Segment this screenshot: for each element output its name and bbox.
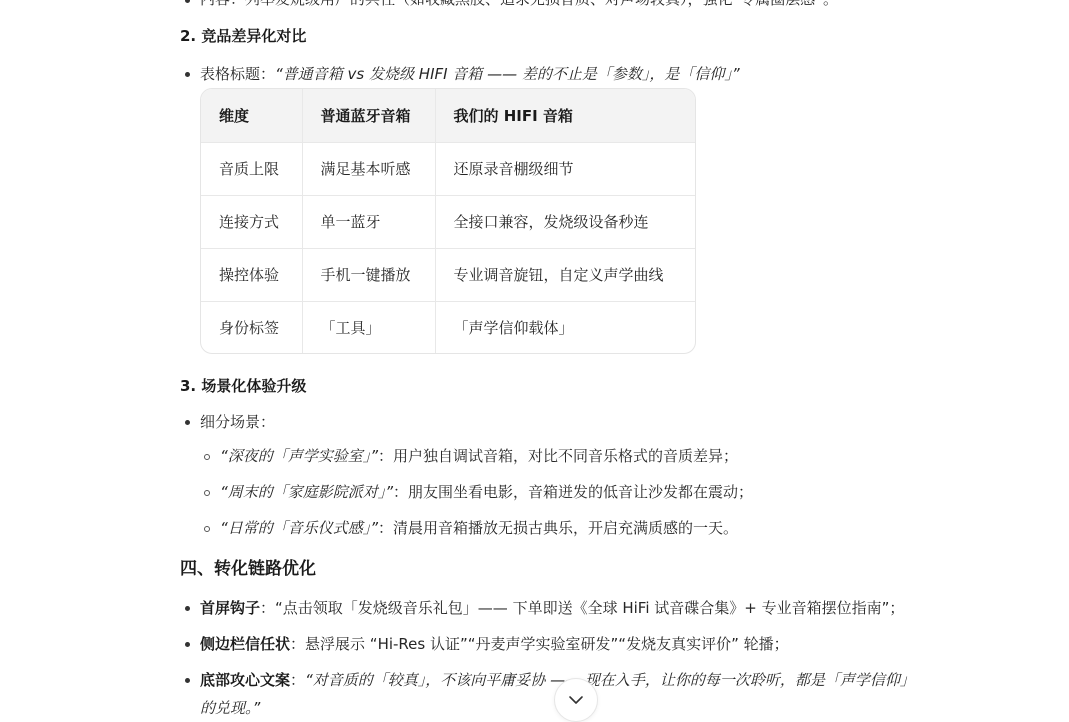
table-title-label: 表格标题： — [200, 65, 275, 83]
table-cell: 「声学信仰载体」 — [435, 301, 695, 354]
scene-item: “周末的「家庭影院派对」”：朋友围坐看电影，音箱迸发的低音让沙发都在震动； — [220, 481, 753, 503]
table-header-cell: 普通蓝牙音箱 — [302, 89, 435, 142]
section-4-heading: 四、转化链路优化 — [180, 557, 316, 581]
top-line-label: 内容： — [200, 0, 245, 8]
bullet-dot — [185, 606, 190, 611]
scene-title: “深夜的「声学实验室」” — [220, 447, 378, 465]
bullet-dot — [185, 678, 190, 683]
table-cell: 手机一键播放 — [302, 248, 435, 301]
bullet-dot — [185, 0, 190, 3]
table-title-text: “普通音箱 vs 发烧级 HIFI 音箱 —— 差的不止是「参数」，是「信仰」” — [275, 65, 740, 83]
table-title-bullet: 表格标题：“普通音箱 vs 发烧级 HIFI 音箱 —— 差的不止是「参数」，是… — [200, 63, 740, 85]
item-label: 首屏钩子 — [200, 599, 260, 617]
table-row: 身份标签 「工具」 「声学信仰载体」 — [201, 301, 695, 354]
table-cell: 单一蓝牙 — [302, 195, 435, 248]
conversion-item-continued: 的兑现。” — [200, 697, 260, 719]
table-cell: 音质上限 — [201, 142, 302, 195]
chat-response-page: 内容：列举发烧级用户的共性（如收藏黑胶、追求无损音质、对声场较真），强化“专属圈… — [0, 0, 1069, 722]
table-cell: 全接口兼容，发烧级设备秒连 — [435, 195, 695, 248]
table-cell: 操控体验 — [201, 248, 302, 301]
table-row: 音质上限 满足基本听感 还原录音棚级细节 — [201, 142, 695, 195]
comparison-table: 维度 普通蓝牙音箱 我们的 HIFI 音箱 音质上限 满足基本听感 还原录音棚级… — [200, 88, 696, 354]
bullet-dot — [185, 420, 190, 425]
table-cell: 「工具」 — [302, 301, 435, 354]
top-line: 内容：列举发烧级用户的共性（如收藏黑胶、追求无损音质、对声场较真），强化“专属圈… — [200, 0, 838, 10]
item-sep: ： — [260, 599, 275, 617]
scene-item: “日常的「音乐仪式感」”：清晨用音箱播放无损古典乐，开启充满质感的一天。 — [220, 517, 738, 539]
bullet-dot — [185, 642, 190, 647]
sub-bullet-circle — [204, 454, 210, 460]
scene-desc: ：清晨用音箱播放无损古典乐，开启充满质感的一天。 — [378, 519, 738, 537]
item-label: 侧边栏信任状 — [200, 635, 290, 653]
item-label: 底部攻心文案 — [200, 671, 290, 689]
table-row: 操控体验 手机一键播放 专业调音旋钮，自定义声学曲线 — [201, 248, 695, 301]
conversion-item: 首屏钩子：“点击领取「发烧级音乐礼包」—— 下单即送《全球 HiFi 试音碟合集… — [200, 597, 904, 619]
scene-title: “周末的「家庭影院派对」” — [220, 483, 393, 501]
table-cell: 专业调音旋钮，自定义声学曲线 — [435, 248, 695, 301]
section-3-heading: 3. 场景化体验升级 — [180, 375, 306, 397]
top-line-text: 列举发烧级用户的共性（如收藏黑胶、追求无损音质、对声场较真），强化“专属圈层感”… — [245, 0, 838, 8]
table-header-cell: 我们的 HIFI 音箱 — [435, 89, 695, 142]
scene-desc: ：用户独自调试音箱，对比不同音乐格式的音质差异； — [378, 447, 738, 465]
scene-desc: ：朋友围坐看电影，音箱迸发的低音让沙发都在震动； — [393, 483, 753, 501]
table-header-row: 维度 普通蓝牙音箱 我们的 HIFI 音箱 — [201, 89, 695, 142]
chevron-down-icon — [567, 691, 585, 709]
table-cell: 还原录音棚级细节 — [435, 142, 695, 195]
table-cell: 身份标签 — [201, 301, 302, 354]
table-cell: 连接方式 — [201, 195, 302, 248]
scene-item: “深夜的「声学实验室」”：用户独自调试音箱，对比不同音乐格式的音质差异； — [220, 445, 738, 467]
item-sep: ： — [290, 671, 305, 689]
item-text: “对音质的「较真」，不该向平庸妥协 —— 现在入手，让你的每一次聆听，都是「声学… — [305, 671, 915, 689]
item-sep: ： — [290, 635, 305, 653]
sub-bullet-circle — [204, 490, 210, 496]
table-row: 连接方式 单一蓝牙 全接口兼容，发烧级设备秒连 — [201, 195, 695, 248]
section-2-heading: 2. 竞品差异化对比 — [180, 25, 306, 47]
item-text: 悬浮展示 “Hi-Res 认证”“丹麦声学实验室研发”“发烧友真实评价” 轮播； — [305, 635, 789, 653]
conversion-item: 侧边栏信任状：悬浮展示 “Hi-Res 认证”“丹麦声学实验室研发”“发烧友真实… — [200, 633, 789, 655]
scenes-label: 细分场景： — [200, 411, 275, 433]
table-header-cell: 维度 — [201, 89, 302, 142]
scene-title: “日常的「音乐仪式感」” — [220, 519, 378, 537]
sub-bullet-circle — [204, 526, 210, 532]
item-text: “点击领取「发烧级音乐礼包」—— 下单即送《全球 HiFi 试音碟合集》+ 专业… — [275, 599, 904, 617]
table-cell: 满足基本听感 — [302, 142, 435, 195]
bullet-dot — [185, 72, 190, 77]
scroll-to-bottom-button[interactable] — [554, 678, 598, 722]
